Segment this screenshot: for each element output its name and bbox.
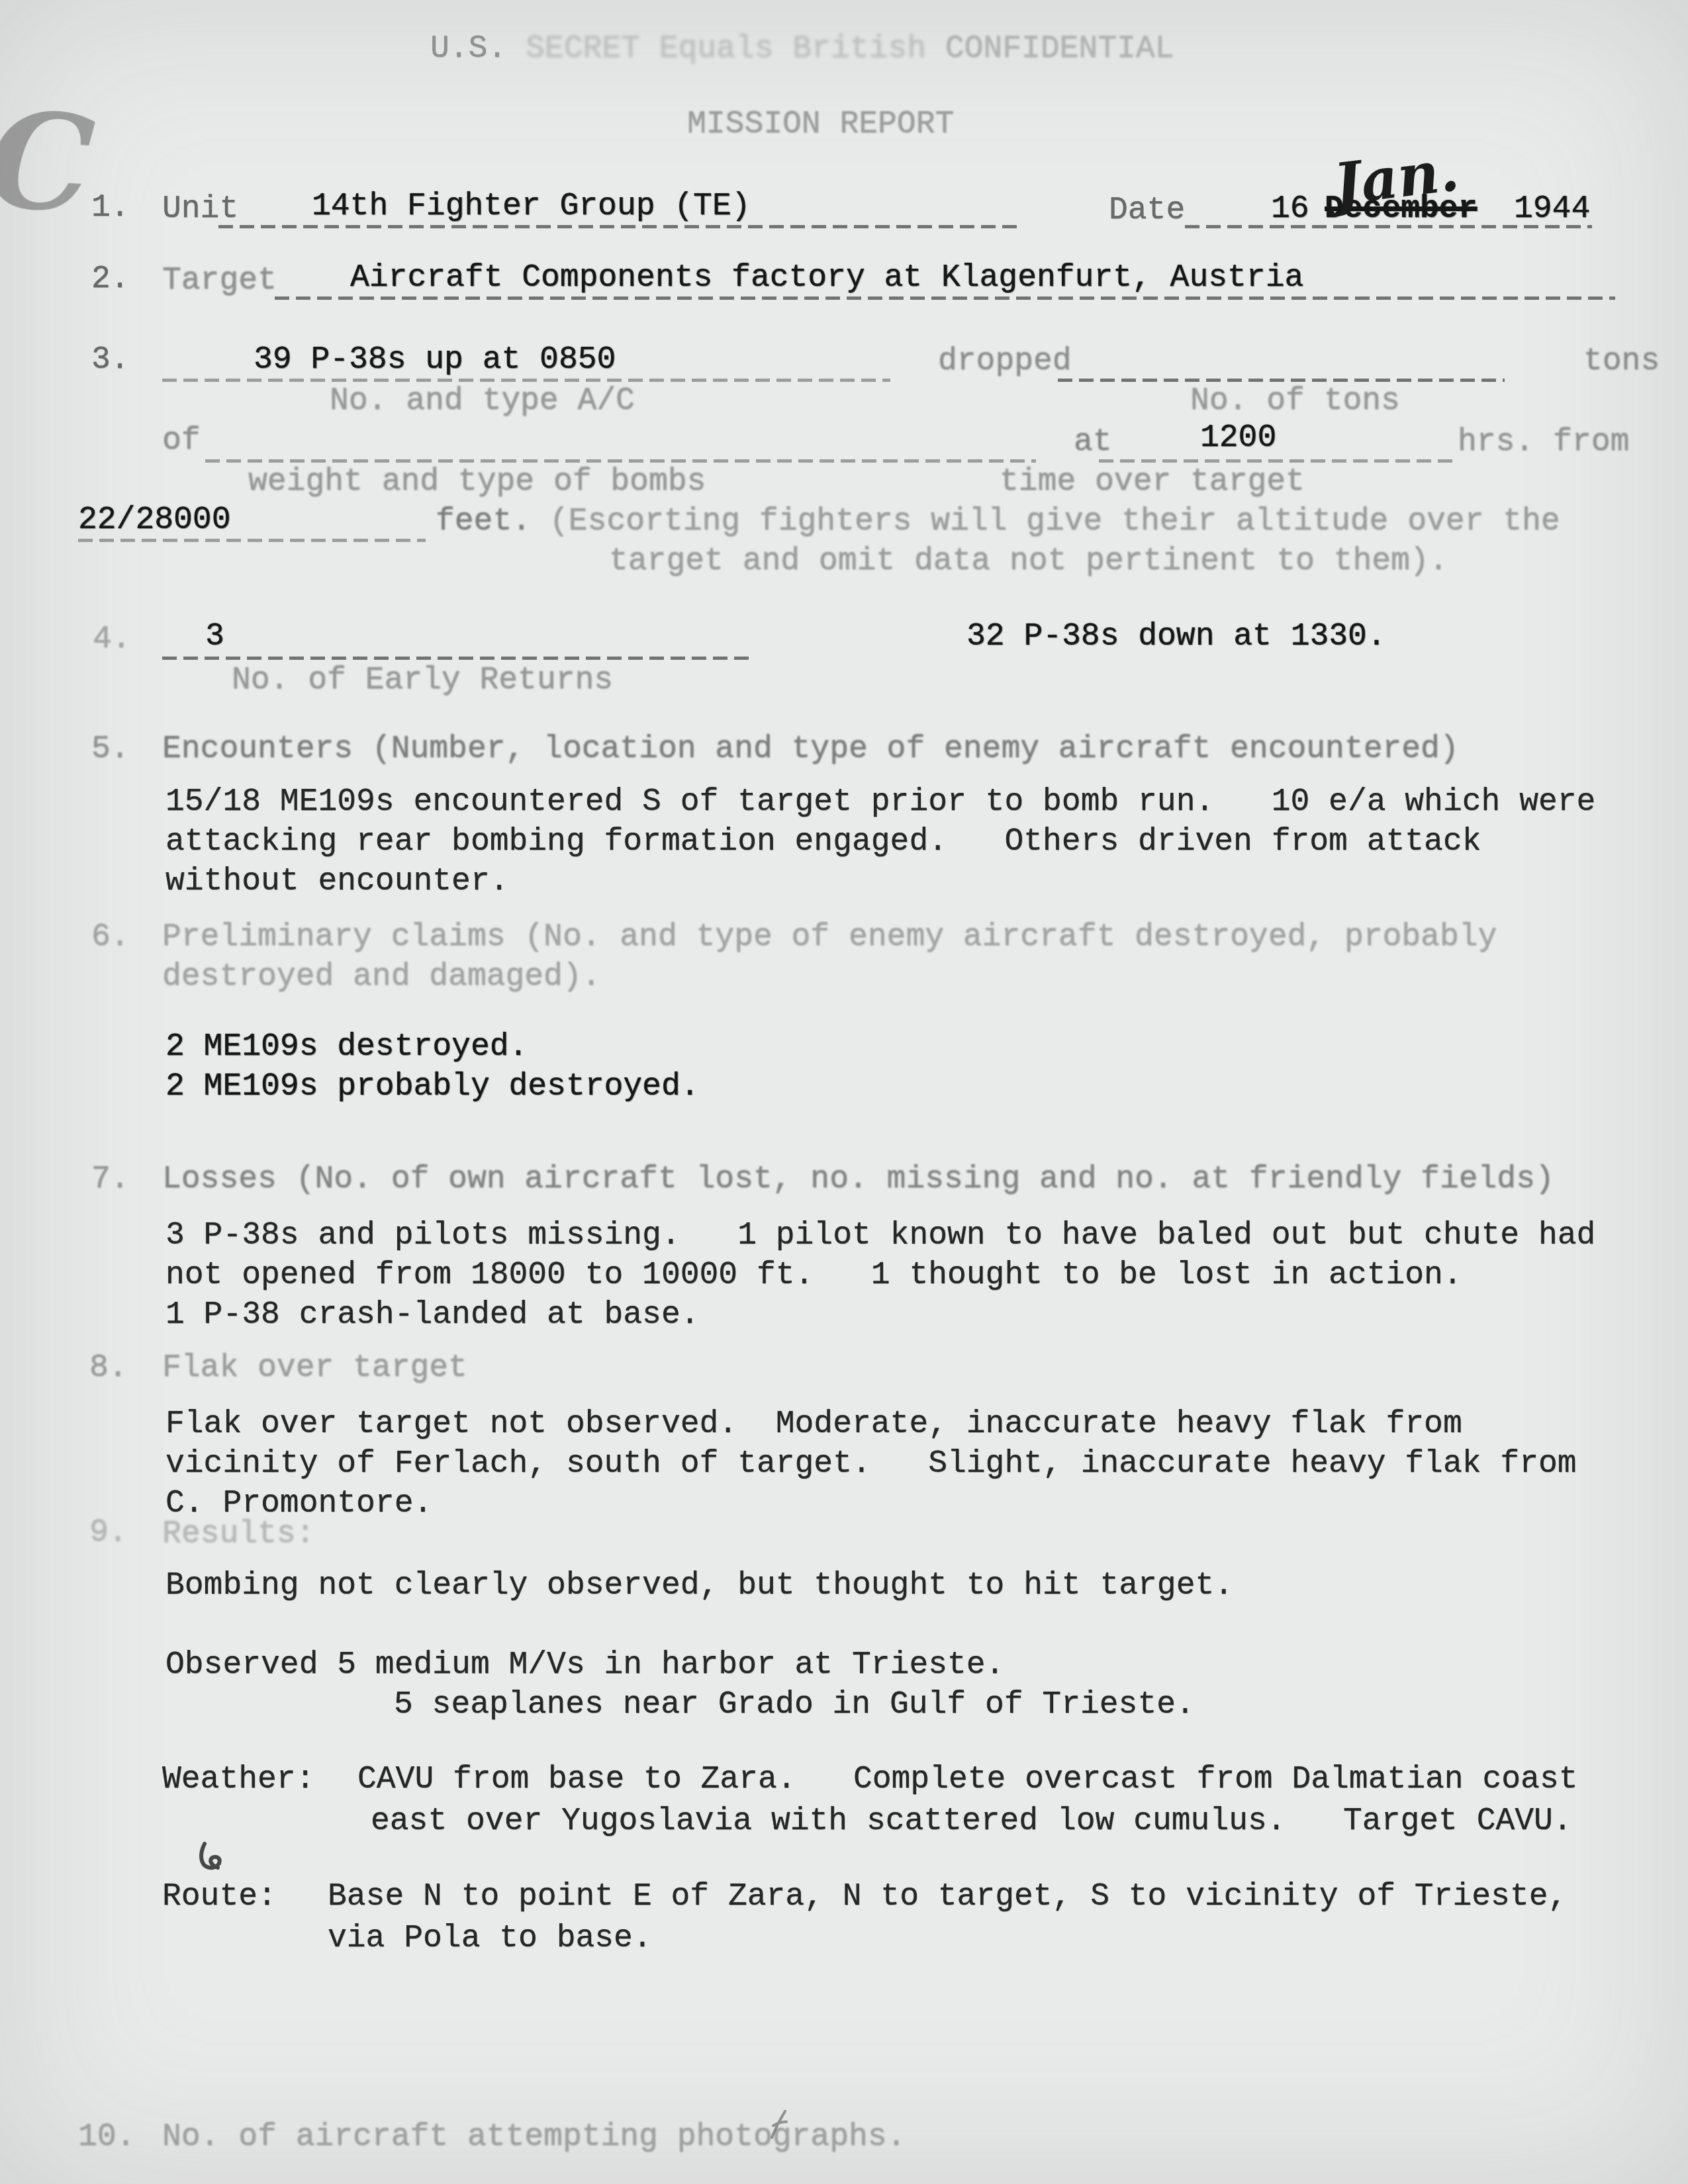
item4-number: 4.	[93, 622, 131, 657]
item8-number: 8.	[89, 1351, 128, 1386]
losses-line2: not opened from 18000 to 10000 ft. 1 tho…	[165, 1258, 1462, 1293]
losses-line1: 3 P-38s and pilots missing. 1 pilot know…	[165, 1218, 1595, 1253]
route-line1: Base N to point E of Zara, N to target, …	[328, 1880, 1567, 1915]
classification-header: U.S. SECRET Equals British CONFIDENTIAL	[430, 32, 1174, 67]
losses-line3: 1 P-38 crash-landed at base.	[165, 1298, 700, 1333]
item6-header-line1: Preliminary claims (No. and type of enem…	[162, 920, 1497, 955]
mission-report-document: U.S. SECRET Equals British CONFIDENTIAL …	[0, 0, 1688, 2184]
encounters-line1: 15/18 ME109s encountered S of target pri…	[165, 785, 1595, 820]
claims-line1: 2 ME109s destroyed.	[165, 1030, 528, 1065]
sub-label-no-of-tons: No. of tons	[1190, 384, 1400, 419]
pen-mark	[767, 2109, 793, 2142]
form-underline	[1099, 459, 1456, 463]
classification-prefix: U.S.	[430, 31, 526, 67]
classification-middle: SECRET Equals British	[526, 31, 945, 67]
classification-suffix: CONFIDENTIAL	[945, 31, 1174, 67]
route-line2: via Pola to base.	[328, 1921, 652, 1956]
of-label: of	[162, 424, 201, 459]
aircraft-up-value: 39 P-38s up at 0850	[254, 343, 616, 378]
escort-note-line2: target and omit data not pertinent to th…	[609, 544, 1448, 579]
dropped-label: dropped	[938, 344, 1072, 379]
unit-label: Unit	[162, 192, 238, 227]
encounters-line2: attacking rear bombing formation engaged…	[165, 825, 1481, 860]
early-returns-value: 3	[205, 619, 224, 655]
aircraft-down-text: 32 P-38s down at 1330.	[966, 619, 1386, 655]
results-observed2: 5 seaplanes near Grado in Gulf of Triest…	[394, 1688, 1195, 1723]
item9-number: 9.	[89, 1516, 128, 1551]
item7-header: Losses (No. of own aircraft lost, no. mi…	[162, 1162, 1554, 1197]
sub-label-aircraft-type: No. and type A/C	[330, 384, 635, 419]
item6-header-line2: destroyed and damaged).	[162, 960, 601, 995]
item5-header: Encounters (Number, location and type of…	[162, 732, 1459, 767]
claims-line2: 2 ME109s probably destroyed.	[165, 1069, 700, 1105]
time-over-target-value: 1200	[1200, 421, 1276, 456]
form-underline	[162, 379, 890, 382]
tons-label: tons	[1583, 344, 1660, 379]
item10-text: No. of aircraft attempting photographs.	[162, 2120, 906, 2155]
form-underline	[162, 657, 755, 660]
item3-number: 3.	[91, 343, 130, 378]
item5-number: 5.	[91, 732, 130, 767]
weather-line2: east over Yugoslavia with scattered low …	[371, 1804, 1572, 1839]
route-label: Route:	[162, 1880, 277, 1915]
date-label: Date	[1109, 193, 1185, 228]
at-label: at	[1074, 425, 1112, 460]
item9-header: Results:	[162, 1517, 314, 1552]
results-observed1: Observed 5 medium M/Vs in harbor at Trie…	[165, 1648, 1004, 1683]
escort-note-line1: (Escorting fighters will give their alti…	[549, 504, 1560, 539]
form-underline	[1058, 379, 1505, 382]
encounters-line3: without encounter.	[165, 864, 508, 899]
weather-line1: CAVU from base to Zara. Complete overcas…	[357, 1762, 1578, 1797]
handwritten-margin-mark: C	[0, 81, 99, 244]
sub-label-bombs: weight and type of bombs	[248, 465, 706, 500]
item1-number: 1.	[91, 191, 130, 226]
hrs-from-label: hrs. from	[1458, 425, 1629, 460]
item8-header: Flak over target	[162, 1351, 467, 1386]
sub-label-time-over-target: time over target	[1000, 465, 1305, 500]
form-underline	[275, 296, 1615, 300]
item2-number: 2.	[91, 262, 130, 297]
unit-value: 14th Fighter Group (TE)	[312, 189, 751, 224]
form-underline	[78, 539, 426, 542]
flak-line1: Flak over target not observed. Moderate,…	[165, 1407, 1462, 1442]
date-day: 16	[1271, 192, 1309, 227]
form-underline	[218, 225, 1019, 228]
sub-label-early-returns: No. of Early Returns	[232, 663, 613, 698]
item6-number: 6.	[91, 920, 130, 955]
weather-label: Weather:	[162, 1762, 314, 1797]
target-label: Target	[162, 263, 277, 298]
altitude-value: 22/28000	[78, 503, 230, 538]
form-underline	[205, 459, 1036, 463]
handwritten-squiggle	[195, 1839, 242, 1878]
feet-label: feet.	[436, 504, 531, 539]
flak-line2: vicinity of Ferlach, south of target. Sl…	[165, 1447, 1577, 1482]
report-title: MISSION REPORT	[687, 107, 954, 142]
target-value: Aircraft Components factory at Klagenfur…	[350, 261, 1303, 296]
results-bombing: Bombing not clearly observed, but though…	[165, 1569, 1233, 1604]
item7-number: 7.	[91, 1162, 130, 1197]
date-year: 1944	[1514, 192, 1590, 227]
item10-number: 10.	[78, 2120, 135, 2155]
